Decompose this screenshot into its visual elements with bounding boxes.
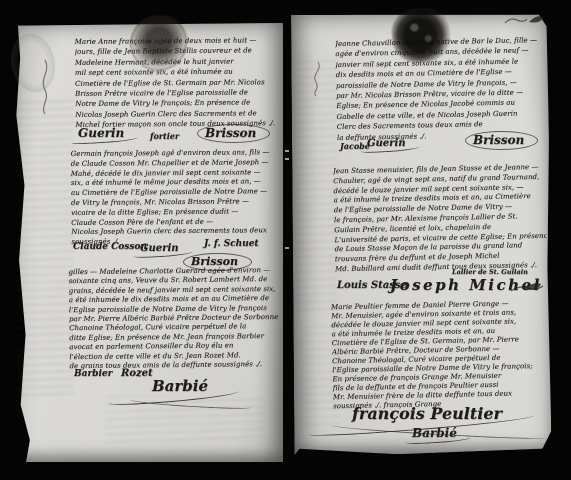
signature-abbe: Lallier de St. Guilain [452,268,528,276]
signature-brisson: Brisson [465,131,538,150]
entry-lines: Marie Peultier femme de Daniel Pierre Gr… [331,299,547,411]
signature-schuet: J. f. Schuet [204,239,259,249]
signature-barbier: Barbier [74,369,112,379]
entry-lines: gilles — Madeleine Charlotte Guerard agé… [68,266,283,372]
signature-rozet: Rozet [121,368,153,379]
burial-entry: gilles — Madeleine Charlotte Guerard agé… [68,266,283,372]
register-scan: Marie Anne françoise agée de deux mois e… [0,0,571,480]
entry-line: jours, fille de Jean Baptiste Stellis co… [75,46,283,58]
burial-entry: Jean Stasse menuisier, fils de Jean Stas… [333,163,547,275]
signature-barbie: Barbié [152,377,208,395]
signature-fortier: fortier [150,131,179,141]
binding-stitch [285,247,289,249]
signature-peultier: françois Peultier [352,404,502,423]
bleedthrough-text [16,100,74,400]
burial-entry: Marie Peultier femme de Daniel Pierre Gr… [331,299,547,411]
signature-guerin: Guerin [140,243,179,254]
signature-barbie: Barbié [412,426,457,440]
binding-stitch [285,150,289,152]
signature-brisson: Brisson [197,124,270,143]
signature-guerin: Guerin [78,126,124,140]
signature-claude-cosson: Claude Cosson [73,242,147,252]
entry-lines: Marie Anne françoise agée de deux mois e… [75,35,284,130]
bleedthrough-text [295,55,337,315]
burial-entry: Marie Anne françoise agée de deux mois e… [75,35,284,130]
burial-entry: Jeanne Chauvillon servante native de Bar… [335,35,546,143]
entry-lines: Jean Stasse menuisier, fils de Jean Stas… [333,163,547,275]
entry-line: Nicolas Joseph Guerin clerc des sacremen… [71,226,283,238]
signature-guerin: Guerin [367,138,406,149]
burial-entry: Germain françois Joseph agé d'environ de… [71,148,284,248]
binding-stitch [285,158,289,160]
entry-lines: Jeanne Chauvillon servante native de Bar… [335,35,546,143]
signature-joseph-michel: Joseph Michel [390,276,542,294]
entry-lines: Germain françois Joseph agé d'environ de… [71,148,284,248]
